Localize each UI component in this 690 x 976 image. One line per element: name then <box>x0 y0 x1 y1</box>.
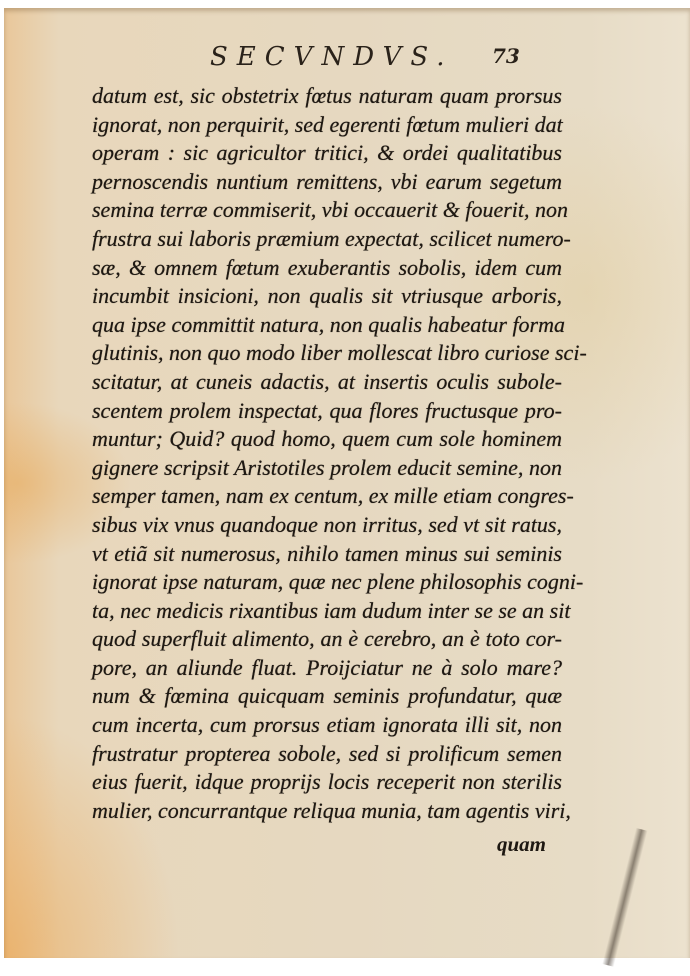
text-line: scentem prolem inspectat, qua flores fru… <box>92 397 562 426</box>
text-line: datum est, sic obstetrix fœtus naturam q… <box>92 82 562 111</box>
text-line: eius fuerit, idque proprijs locis recepe… <box>92 768 562 797</box>
text-line: quod superfluit alimento, an è cerebro, … <box>92 625 562 654</box>
text-line: sibus vix vnus quandoque non irritus, se… <box>92 511 562 540</box>
page-number: 73 <box>492 44 520 68</box>
page-edge-shadow <box>602 828 648 967</box>
text-line: sæ, & omnem fœtum exuberantis sobolis, i… <box>92 254 562 283</box>
text-line: cum incerta, cum prorsus etiam ignorata … <box>92 711 562 740</box>
text-line: muntur; Quid? quod homo, quem cum sole h… <box>92 425 562 454</box>
text-line: ignorat, non perquirit, sed egerenti fœt… <box>92 111 562 140</box>
text-line: pore, an aliunde fluat. Proijciatur ne à… <box>92 654 562 683</box>
text-line: ignorat ipse naturam, quæ nec plene phil… <box>92 568 562 597</box>
running-head: SECVNDVS. <box>210 42 454 72</box>
text-line: operam : sic agricultor tritici, & ordei… <box>92 139 562 168</box>
text-line: gignere scripsit Aristotiles prolem educ… <box>92 454 562 483</box>
text-line: semper tamen, nam ex centum, ex mille et… <box>92 482 562 511</box>
text-line: semina terræ commiserit, vbi occauerit &… <box>92 196 562 225</box>
catchword: quam <box>497 832 546 857</box>
text-line: mulier, concurrantque reliqua munia, tam… <box>92 797 562 826</box>
text-line: pernoscendis nuntium remittens, vbi earu… <box>92 168 562 197</box>
text-line: qua ipse committit natura, non qualis ha… <box>92 311 562 340</box>
text-line: frustratur propterea sobole, sed si prol… <box>92 740 562 769</box>
text-line: ta, nec medicis rixantibus iam dudum int… <box>92 597 562 626</box>
text-line: glutinis, non quo modo liber mollescat l… <box>92 339 562 368</box>
text-line: scitatur, at cuneis adactis, at insertis… <box>92 368 562 397</box>
text-line: num & fœmina quicquam seminis profundatu… <box>92 682 562 711</box>
body-text: datum est, sic obstetrix fœtus naturam q… <box>92 82 562 825</box>
text-line: incumbit insicioni, non qualis sit vtriu… <box>92 282 562 311</box>
text-line: vt etiã sit numerosus, nihilo tamen minu… <box>92 540 562 569</box>
text-line: frustra sui laboris præmium expectat, sc… <box>92 225 562 254</box>
